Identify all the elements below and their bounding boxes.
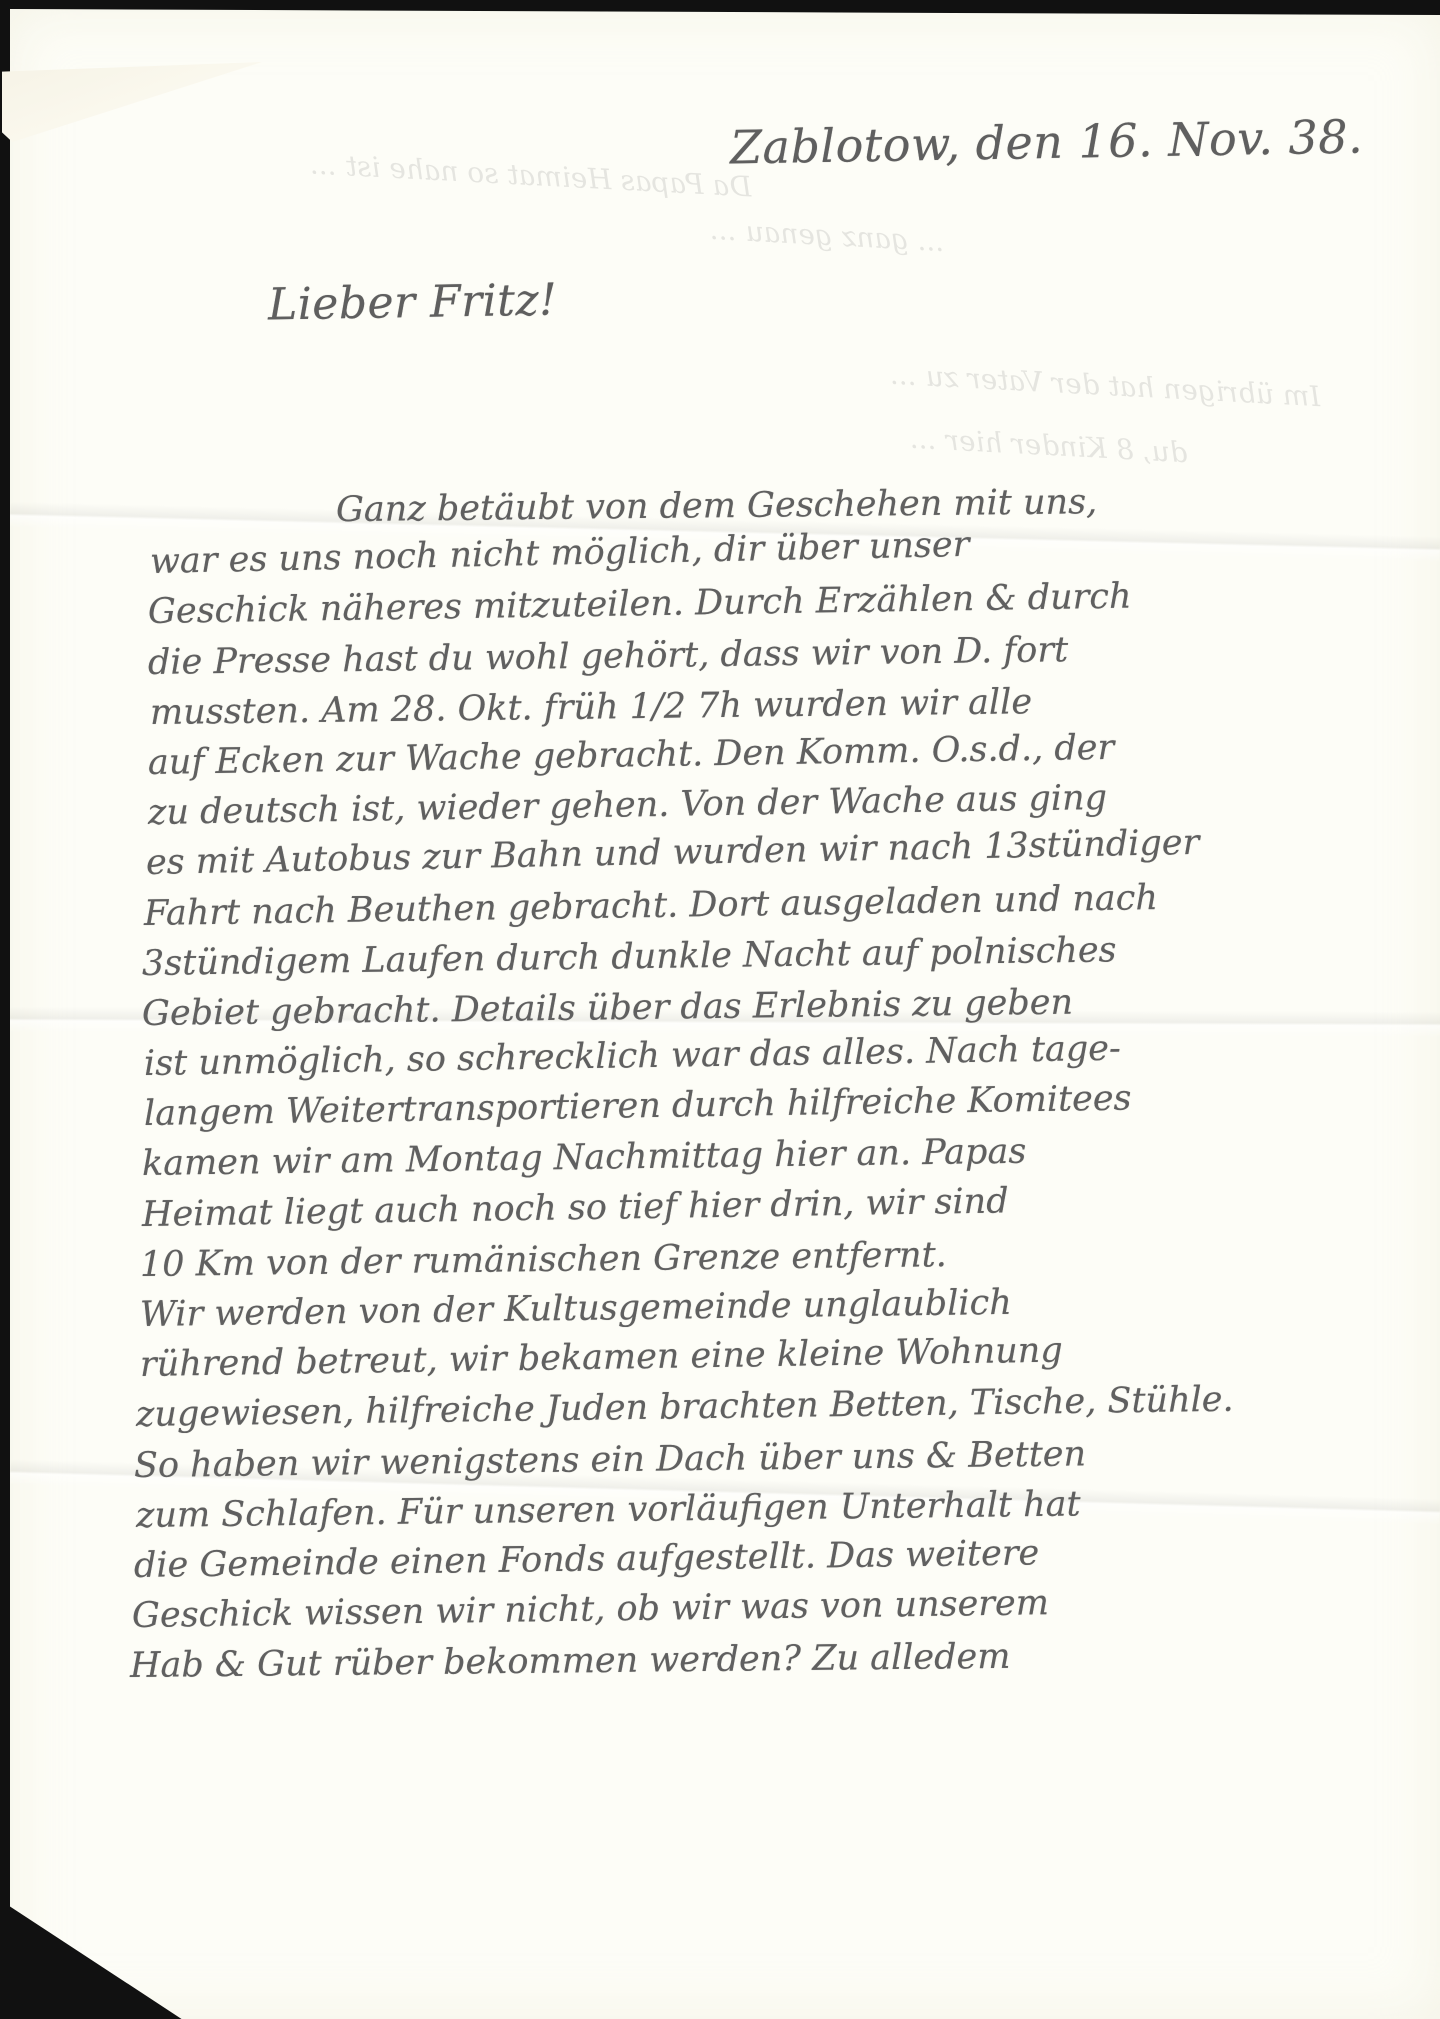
bleed-through-text: Im übrigen hat der Vater zu ...: [889, 358, 1321, 413]
bleed-through-text: du, 8 Kinder hier ...: [909, 422, 1188, 469]
bleed-through-text: Da Papas Heimat so nahe ist ...: [309, 147, 752, 203]
letter-body: Ganz betäubt von dem Geschehen mit uns,w…: [160, 487, 1410, 1692]
bleed-through-text: ... ganz genau ...: [709, 213, 945, 258]
place-date: Zablotow, den 16. Nov. 38.: [730, 109, 1364, 174]
salutation: Lieber Fritz!: [268, 274, 558, 330]
letter-page: Da Papas Heimat so nahe ist ... ... ganz…: [10, 9, 1440, 2019]
